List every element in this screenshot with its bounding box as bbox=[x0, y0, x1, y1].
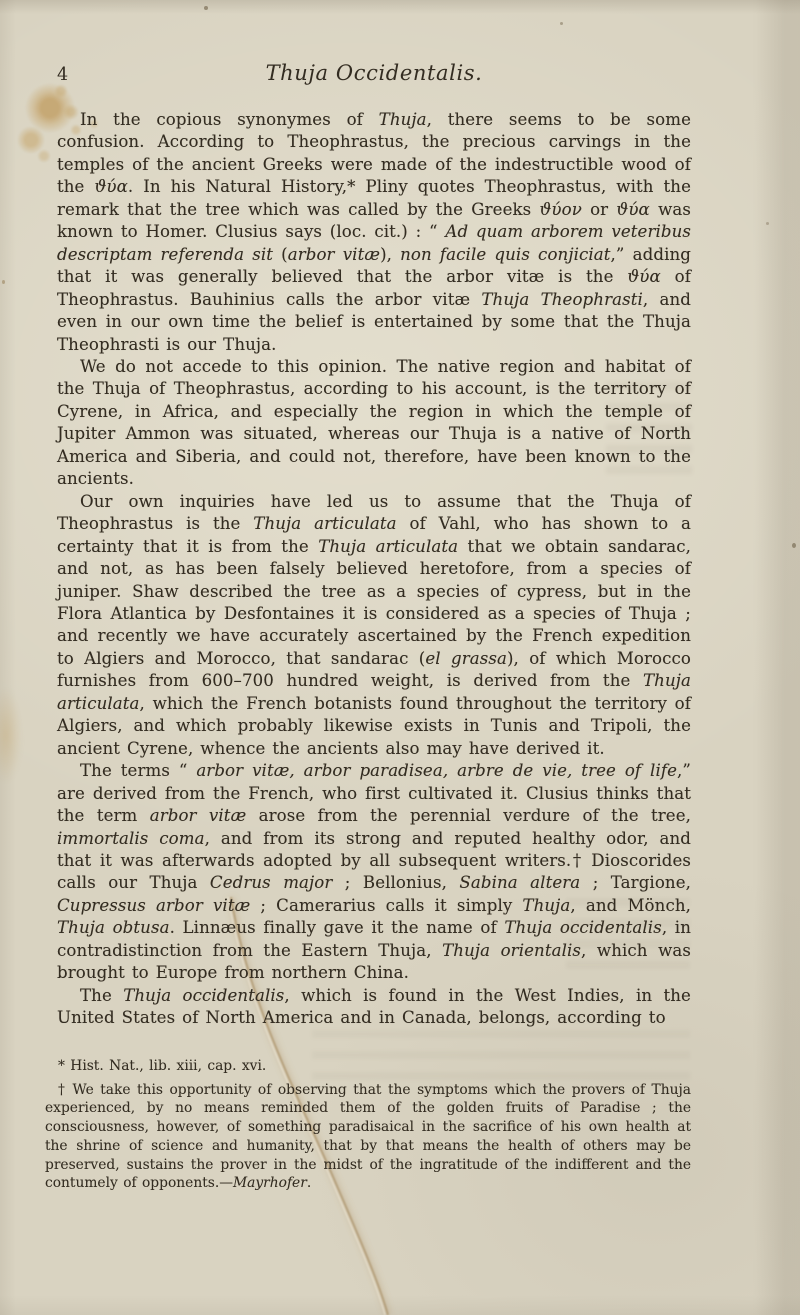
italic-text-run: Thuja articulata bbox=[318, 537, 458, 556]
paragraph: The Thuja occidentalis, which is found i… bbox=[57, 985, 691, 1030]
paper-speck bbox=[2, 280, 5, 284]
italic-text-run: Mayrhofer bbox=[233, 1175, 307, 1191]
paper-speck bbox=[792, 543, 796, 548]
paragraph: * Hist. Nat., lib. xiii, cap. xvi. bbox=[45, 1057, 691, 1076]
text-run: We do not accede to this opinion. The na… bbox=[57, 357, 691, 488]
paragraph: We do not accede to this opinion. The na… bbox=[57, 356, 691, 491]
italic-text-run: arbor vitæ bbox=[288, 245, 380, 264]
paragraph: The terms “ arbor vitæ, arbor paradisea,… bbox=[57, 760, 691, 985]
italic-text-run: Thuja orientalis bbox=[442, 941, 581, 960]
text-run: arose from the perennial verdure of the … bbox=[246, 806, 691, 825]
paragraph: In the copious synonymes of Thuja, there… bbox=[57, 109, 691, 356]
italic-text-run: Cedrus major bbox=[210, 873, 332, 892]
book-page-scan: 4 Thuja Occidentalis. In the copious syn… bbox=[0, 0, 800, 1315]
page-number: 4 bbox=[57, 63, 68, 87]
body-text: In the copious synonymes of Thuja, there… bbox=[57, 109, 691, 1030]
text-run: * Hist. Nat., lib. xiii, cap. xvi. bbox=[58, 1058, 266, 1074]
italic-text-run: Thuja bbox=[379, 110, 427, 129]
page-edge-shading bbox=[756, 0, 800, 1315]
italic-text-run: Thuja obtusa bbox=[57, 918, 170, 937]
text-run: ; Targione, bbox=[580, 873, 691, 892]
italic-text-run: Thuja occidentalis bbox=[123, 986, 284, 1005]
paper-stain-left-edge bbox=[0, 688, 22, 783]
italic-text-run: Thuja bbox=[522, 896, 570, 915]
italic-text-run: Sabina altera bbox=[459, 873, 580, 892]
text-run: ), bbox=[380, 245, 400, 264]
text-run: The bbox=[80, 986, 123, 1005]
italic-text-run: ϑύα bbox=[627, 267, 660, 286]
text-run: . Linnæus finally gave it the name of bbox=[170, 918, 505, 937]
text-run: In the copious synonymes of bbox=[80, 110, 379, 129]
paper-speck bbox=[766, 222, 769, 225]
italic-text-run: immortalis coma bbox=[57, 829, 205, 848]
text-run: The terms “ bbox=[80, 761, 196, 780]
footnotes: * Hist. Nat., lib. xiii, cap. xvi.† We t… bbox=[45, 1057, 691, 1198]
italic-text-run: arbor vitæ bbox=[150, 806, 247, 825]
text-run: ; Bellonius, bbox=[332, 873, 459, 892]
italic-text-run: Thuja occidentalis bbox=[504, 918, 662, 937]
text-run: † We take this opportunity of observing … bbox=[45, 1082, 691, 1192]
paragraph: Our own inquiries have led us to assume … bbox=[57, 491, 691, 760]
italic-text-run: el grassa bbox=[425, 649, 507, 668]
italic-text-run: Thuja articulata bbox=[253, 514, 396, 533]
italic-text-run: non facile quis conjiciat bbox=[400, 245, 610, 264]
paper-speck bbox=[560, 22, 563, 25]
italic-text-run: arbor vitæ, arbor paradisea, arbre de vi… bbox=[196, 761, 677, 780]
italic-text-run: ϑύον bbox=[539, 200, 581, 219]
text-run: . bbox=[307, 1175, 311, 1191]
italic-text-run: ϑύα bbox=[94, 177, 127, 196]
text-run: ; Camerarius calls it simply bbox=[250, 896, 522, 915]
running-title: Thuja Occidentalis. bbox=[57, 58, 691, 88]
italic-text-run: ϑύα bbox=[616, 200, 649, 219]
text-run: or bbox=[582, 200, 617, 219]
text-run: ( bbox=[273, 245, 288, 264]
paragraph: † We take this opportunity of observing … bbox=[45, 1081, 691, 1193]
running-head: 4 Thuja Occidentalis. bbox=[57, 58, 691, 90]
text-run: , which the French botanists found throu… bbox=[57, 694, 691, 758]
text-run: , and Mönch, bbox=[570, 896, 691, 915]
italic-text-run: Cupressus arbor vitæ bbox=[57, 896, 250, 915]
italic-text-run: Thuja Theophrasti bbox=[481, 290, 643, 309]
paper-speck bbox=[204, 6, 208, 10]
